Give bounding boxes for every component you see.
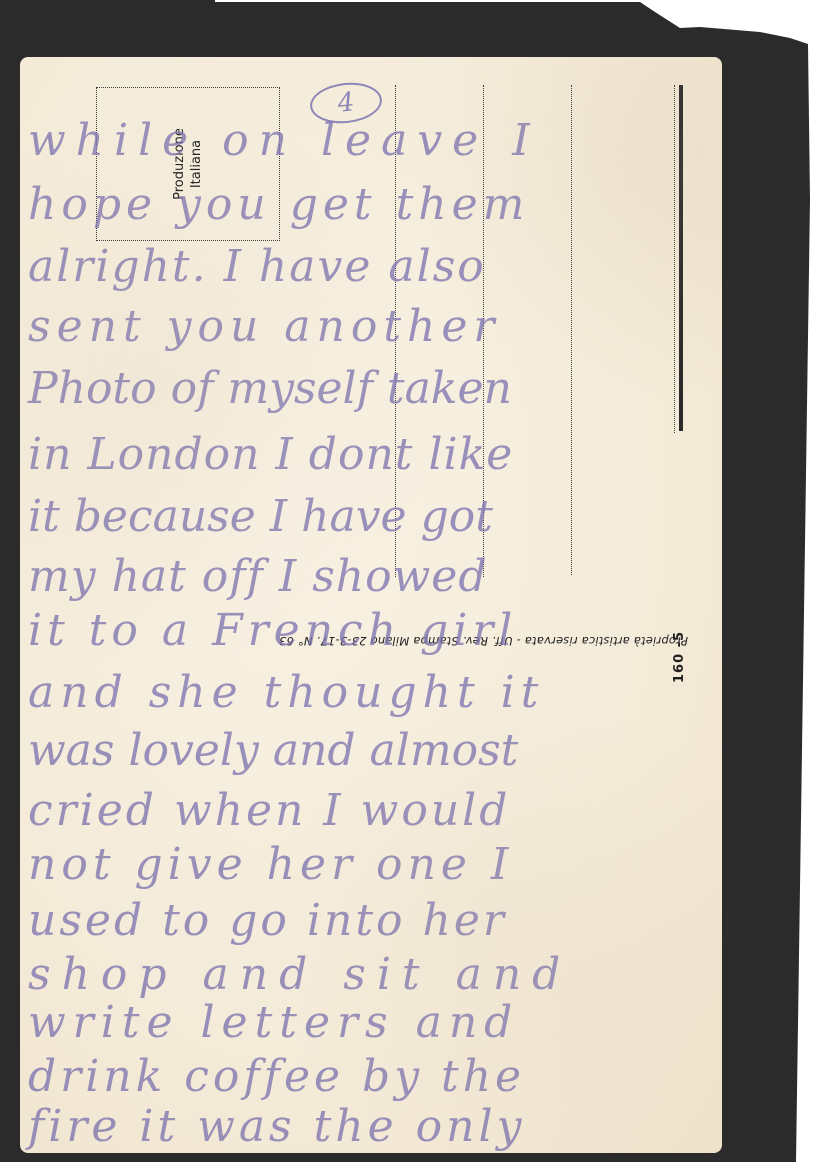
- handwriting-line: not give her one I: [28, 839, 513, 890]
- scanned-postcard: Produzione Italiana Proprietà artistica …: [0, 0, 816, 1162]
- handwriting-line: used to go into her: [28, 895, 507, 946]
- handwriting-line: sent you another: [28, 301, 500, 352]
- postcard: Produzione Italiana Proprietà artistica …: [20, 57, 722, 1153]
- handwriting-line: alright. I have also: [28, 241, 486, 292]
- handwriting-line: and she thought it: [28, 667, 544, 718]
- handwriting-line: write letters and: [28, 997, 519, 1048]
- handwriting-line: drink coffee by the: [28, 1051, 525, 1102]
- handwriting-line: in London I dont like: [28, 429, 513, 480]
- handwriting-line: it to a French girl: [28, 605, 517, 656]
- handwriting-line: while on leave I: [28, 115, 540, 166]
- handwriting-line: hope you get them: [28, 179, 529, 230]
- handwritten-message: while on leave I hope you get them alrig…: [20, 57, 722, 1153]
- handwriting-line: was lovely and almost: [28, 725, 518, 776]
- handwriting-line: fire it was the only: [28, 1101, 525, 1152]
- handwriting-line: shop and sit and: [28, 949, 571, 1000]
- handwriting-line: it because I have got: [28, 491, 493, 542]
- handwriting-line: my hat off I showed: [28, 551, 488, 602]
- handwriting-line: Photo of myself taken: [28, 363, 512, 414]
- handwriting-line: cried when I would: [28, 785, 510, 836]
